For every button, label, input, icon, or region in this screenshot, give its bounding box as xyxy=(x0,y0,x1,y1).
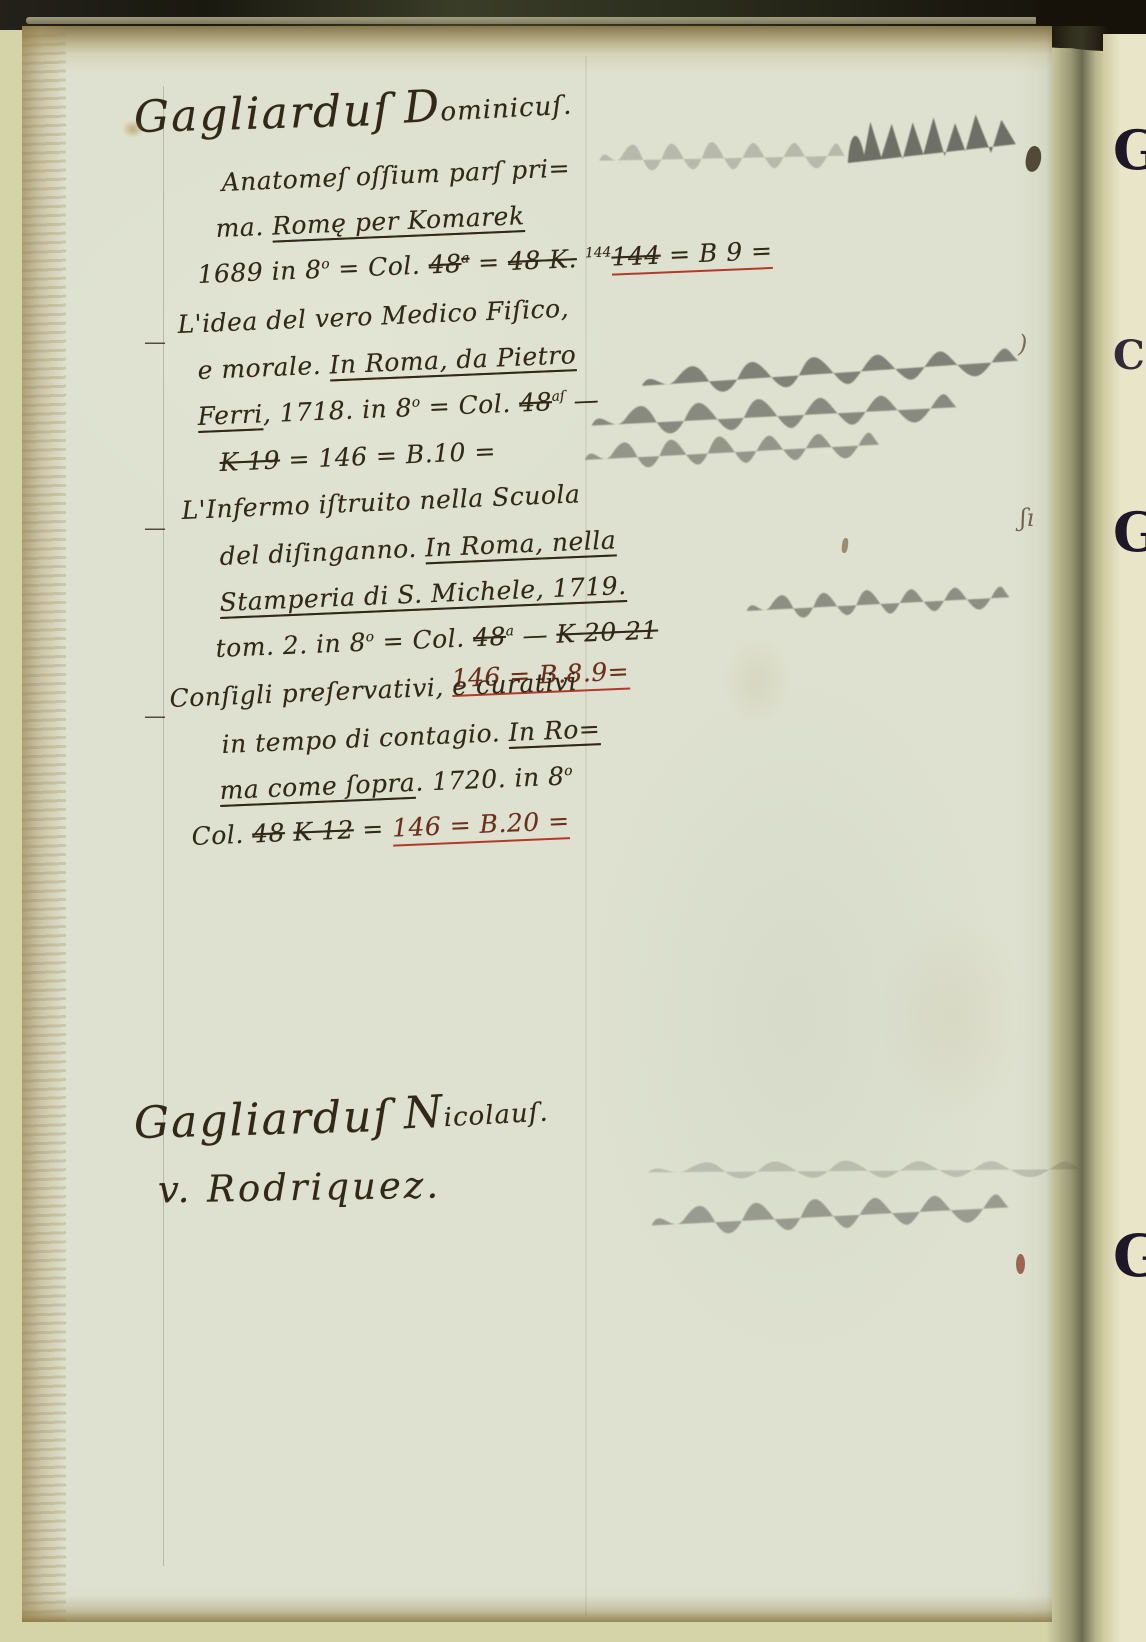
entry-text-segment: 48 xyxy=(252,818,286,848)
entry-text-segment: o xyxy=(564,763,573,779)
entry-text-segment: K 20 21 xyxy=(556,615,659,648)
entry-text-segment: 144 xyxy=(585,244,612,261)
catalog-entry: —Conſigli preſervativi, e curativiin tem… xyxy=(170,684,690,868)
entry-text-segment: e morale. xyxy=(197,350,330,385)
ink-offset-mark: ) xyxy=(1018,330,1027,358)
show-through-writing xyxy=(644,1158,1084,1182)
entry-text-segment: In Ro= xyxy=(508,714,601,747)
entry-text-segment: 8 xyxy=(395,393,413,423)
adjacent-page-edge: G C G G xyxy=(1103,34,1146,1642)
entry-text-segment: 146 = B.20 = xyxy=(391,806,570,846)
ink-blot xyxy=(1016,1254,1025,1274)
deckle-edge-bottom xyxy=(22,1596,1052,1622)
author-name: Gagliarduſ xyxy=(133,1091,392,1149)
entry-text-segment: aſ xyxy=(551,388,565,405)
entry-text-segment: K 19 xyxy=(219,445,281,477)
entry-text-segment: = Col. xyxy=(420,389,520,422)
ink-blot xyxy=(841,538,849,554)
entry-text-segment: , 1718. in xyxy=(262,394,396,429)
entry-text-segment: — xyxy=(513,620,557,651)
entry-text-segment: = Col. xyxy=(374,623,474,656)
deckle-edge-left xyxy=(22,26,66,1622)
entry-text-segment: = xyxy=(353,814,393,845)
entry-text-segment: 1689 in xyxy=(197,256,306,289)
entry-text-segment: = Col. xyxy=(329,250,429,283)
adjacent-page-letter: G xyxy=(1113,1222,1146,1290)
show-through-writing xyxy=(647,1188,1012,1243)
entry-text-segment: 48 K. xyxy=(507,244,577,276)
entry-text-segment: K 12 xyxy=(293,815,355,847)
show-through-writing xyxy=(840,103,1033,170)
author-name: Gagliarduſ xyxy=(133,85,392,143)
ink-blot xyxy=(122,120,144,138)
entry-dash: — xyxy=(144,516,166,541)
adjacent-page-letter: G xyxy=(1113,118,1146,182)
entry-heading-gagliardus-dominicus: GagliarduſDominicuſ. xyxy=(133,80,572,143)
entry-text-segment: 144 xyxy=(611,241,662,276)
ruled-margin-line xyxy=(163,86,164,1566)
entry-text-segment: 48 xyxy=(519,387,553,417)
entry-text-segment: ma. xyxy=(215,212,273,243)
entry-text-segment: 8 xyxy=(305,255,323,285)
entry-text-segment: = B 9 = xyxy=(660,236,773,274)
cross-reference: v. Rodriquez. xyxy=(158,1164,442,1212)
entry-text-segment: = xyxy=(469,247,509,278)
entry-text-segment: 8 xyxy=(547,762,565,792)
manuscript-page: GagliarduſDominicuſ. GagliarduſNicolauſ.… xyxy=(22,26,1052,1622)
show-through-smudge xyxy=(722,636,792,726)
entry-text-segment: In Roma, nella xyxy=(425,525,617,562)
entry-dash: — xyxy=(144,330,166,355)
adjacent-page-letter: G xyxy=(1113,500,1146,564)
entry-text-segment: 8 xyxy=(349,628,367,658)
ink-offset-mark: ʃı xyxy=(1020,504,1034,532)
book-gutter xyxy=(1046,26,1108,1642)
entry-text-segment: Ferri xyxy=(197,399,263,431)
show-through-writing xyxy=(597,138,847,176)
adjacent-page-letter: C xyxy=(1113,332,1145,379)
deckle-edge-top xyxy=(22,26,1052,72)
entry-text-segment: 48 xyxy=(428,249,462,279)
entry-text-segment: tom. 2. in xyxy=(215,628,350,663)
show-through-writing xyxy=(743,581,1012,624)
catalog-entry: Anatomeſ oſſium parſ pri=ma. Romę per Ko… xyxy=(170,168,690,306)
author-forename: Dominicuſ. xyxy=(402,74,573,134)
entry-text-segment: . 1720. in xyxy=(415,762,549,797)
author-forename: Nicolauſ. xyxy=(402,1081,549,1140)
show-through-smudge xyxy=(878,906,1028,1126)
entry-text-segment: Col. xyxy=(191,819,253,851)
entry-dash: — xyxy=(144,704,166,729)
entry-text-segment: 48 xyxy=(472,622,506,652)
page-top-edge xyxy=(26,17,1038,24)
entry-heading-gagliardus-nicolaus: GagliarduſNicolauſ. xyxy=(133,1086,549,1149)
entry-text-segment: Anatomeſ oſſium parſ pri= xyxy=(221,153,571,197)
